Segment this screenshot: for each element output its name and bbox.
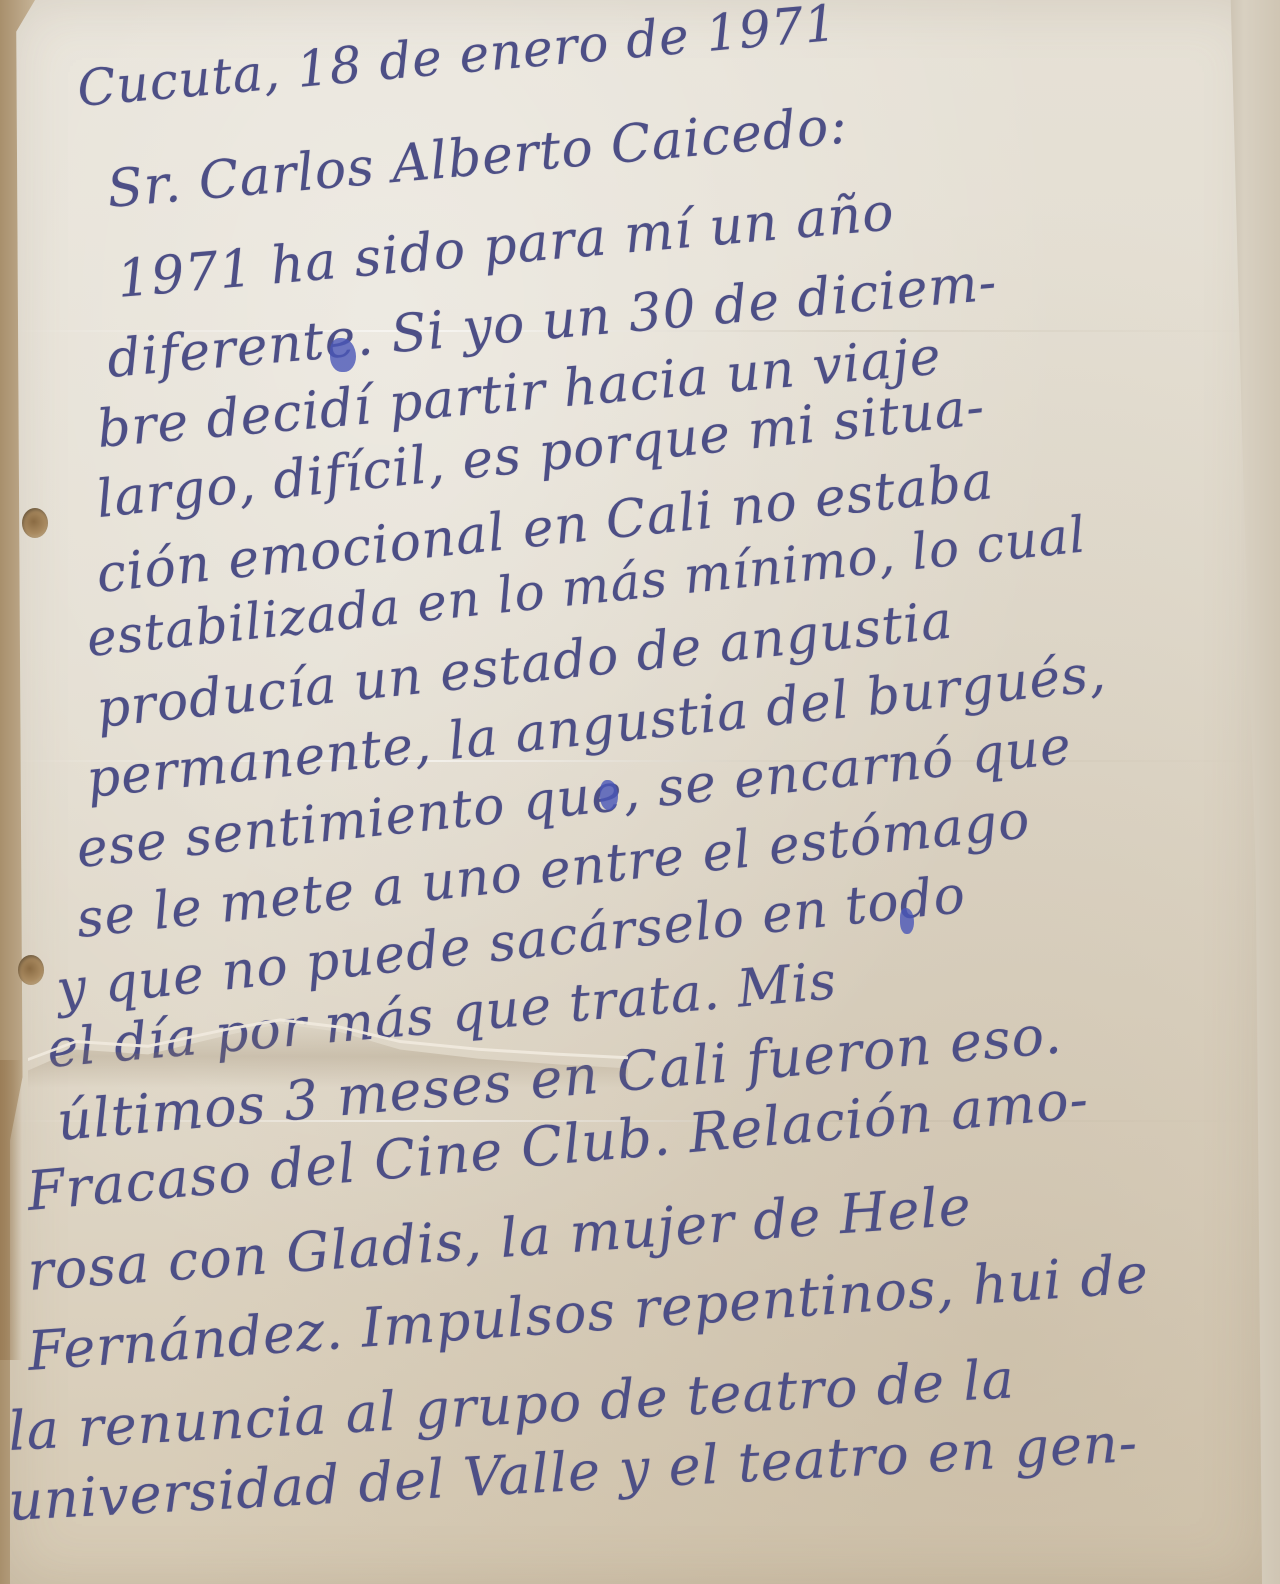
photo-scene: Cucuta, 18 de enero de 1971 Sr. Carlos A… (0, 0, 1280, 1584)
ink-correction-mark (330, 338, 356, 372)
ink-correction-mark (600, 780, 618, 810)
punch-hole (18, 955, 44, 985)
punch-hole (22, 508, 48, 538)
date-line: Cucuta, 18 de enero de 1971 (75, 0, 840, 118)
letter-page: Cucuta, 18 de enero de 1971 Sr. Carlos A… (10, 0, 1262, 1584)
ink-correction-mark (900, 908, 914, 934)
paper-edge-shadow (0, 1060, 22, 1360)
